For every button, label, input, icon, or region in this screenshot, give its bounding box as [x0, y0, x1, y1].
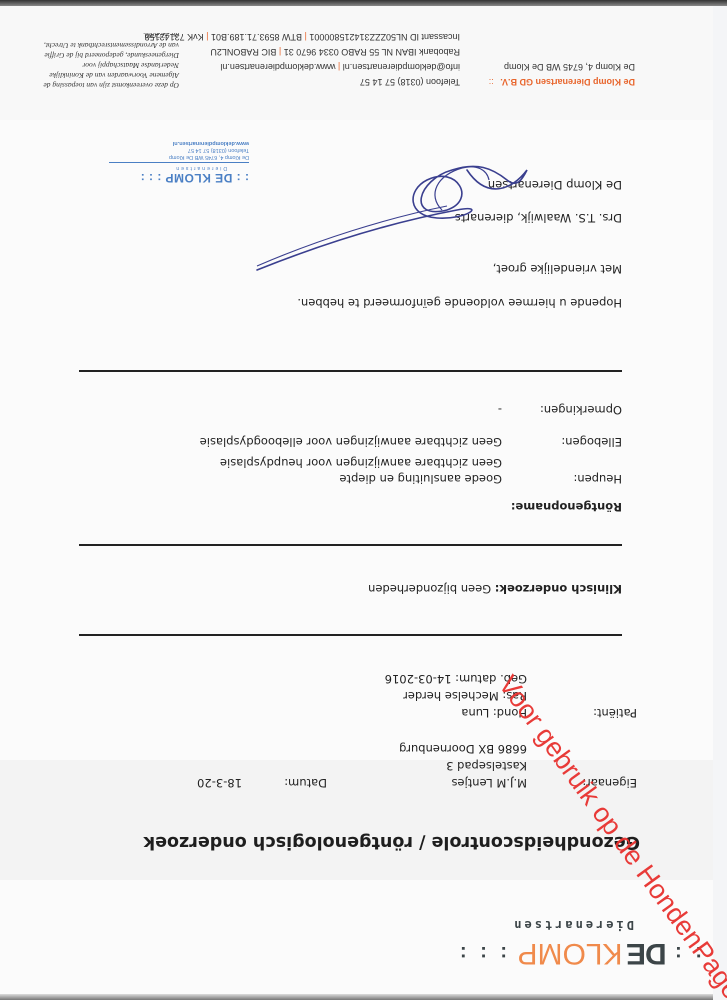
- remarks-value: -: [498, 403, 502, 417]
- document-title: Gezondheidscontrole / röntgenologisch on…: [144, 832, 640, 852]
- date-value: 18-3-20: [197, 776, 242, 790]
- clinical-exam-label: Klinisch onderzoek:: [495, 582, 622, 596]
- footer-btw: BTW 8593.71.189.B01: [211, 32, 302, 42]
- footer-bic: BIC RABONL2U: [210, 47, 276, 57]
- practice-logo: : : DE KLOMP : : : Dierenartsen: [456, 936, 702, 970]
- scan-edge: [0, 994, 727, 1000]
- footer-registration-line: Incassant ID NL50ZZZ314215800001 | BTW 8…: [145, 32, 460, 42]
- section-divider: [79, 635, 622, 637]
- footer-company: De Klomp Dierenartsen GD B.V. ::: [489, 77, 635, 87]
- stamp-address: De Klomp 4, 6745 WB De Klomp: [99, 153, 249, 160]
- footer-company-name: De Klomp Dierenartsen GD B.V.: [500, 77, 635, 87]
- clinical-exam: Klinisch onderzoek: Geen bijzonderheden: [368, 582, 622, 596]
- footer-contact-line: info@deklompdierenartsen.nl | www.deklom…: [220, 62, 460, 72]
- closing-sentence: Hopende u hiermee voldoende geïnformeerd…: [297, 296, 622, 310]
- hips-line1: Goede aansluiting en diepte: [339, 472, 502, 486]
- logo-klomp: KLOMP: [517, 937, 622, 970]
- clinical-exam-value: Geen bijzonderheden: [368, 582, 491, 596]
- footer-address: De Klomp 4, 6745 WB De Klomp: [504, 62, 635, 72]
- patient-label: Patiënt:: [593, 706, 637, 720]
- footer-email[interactable]: info@deklompdierenartsen.nl: [343, 62, 460, 72]
- footer-legal-terms: Op deze overeenkomst zijn van toepassing…: [39, 30, 179, 90]
- stamp-website: www.deklompdierenartsen.nl: [99, 139, 249, 146]
- owner-address-line2: 6686 BX Doornenburg: [399, 742, 527, 756]
- scan-edge: [713, 0, 727, 1000]
- stamp-logo: : : DE KLOMP : : :: [99, 171, 249, 185]
- remarks-label: Opmerkingen:: [540, 403, 622, 417]
- signature-icon: [247, 150, 547, 280]
- logo-subtitle: Dierenartsen: [511, 918, 634, 932]
- logo-de: DE: [627, 937, 667, 970]
- footer-incassant: Incassant ID NL50ZZZ314215800001: [309, 32, 460, 42]
- scanned-document-page: : : DE KLOMP : : : Dierenartsen Gezondhe…: [0, 0, 727, 1000]
- footer-iban: Rabobank IBAN NL 55 RABO 0334 9670 31: [284, 47, 460, 57]
- logo-dots-icon: : : :: [456, 942, 507, 965]
- footer-phone: Telefoon (0318) 57 14 57: [360, 77, 460, 87]
- hips-label: Heupen:: [573, 472, 622, 486]
- scan-edge: [0, 0, 727, 6]
- footer-website[interactable]: www.deklompdierenartsen.nl: [220, 62, 335, 72]
- stamp-divider: [109, 162, 249, 163]
- elbows-value: Geen zichtbare aanwijzingen voor elleboo…: [200, 435, 502, 449]
- stamp-phone: Telefoon (0318) 57 14 57: [99, 146, 249, 153]
- section-divider: [79, 371, 622, 373]
- footer-bank-line: Rabobank IBAN NL 55 RABO 0334 9670 31 | …: [210, 47, 460, 57]
- footer-separator: ::: [489, 77, 494, 87]
- xray-heading: Röntgenopname:: [511, 500, 622, 514]
- practice-stamp: : : DE KLOMP : : : Dierenartsen De Klomp…: [99, 139, 249, 185]
- owner-name: M.J.M Lentjes: [451, 776, 527, 790]
- date-label: Datum:: [284, 776, 327, 790]
- owner-address-line1: Kastelsepad 3: [446, 759, 527, 773]
- elbows-label: Ellebogen:: [561, 435, 622, 449]
- section-divider: [79, 545, 622, 547]
- hips-line2: Geen zichtbare aanwijzingen voor heupdys…: [220, 456, 502, 470]
